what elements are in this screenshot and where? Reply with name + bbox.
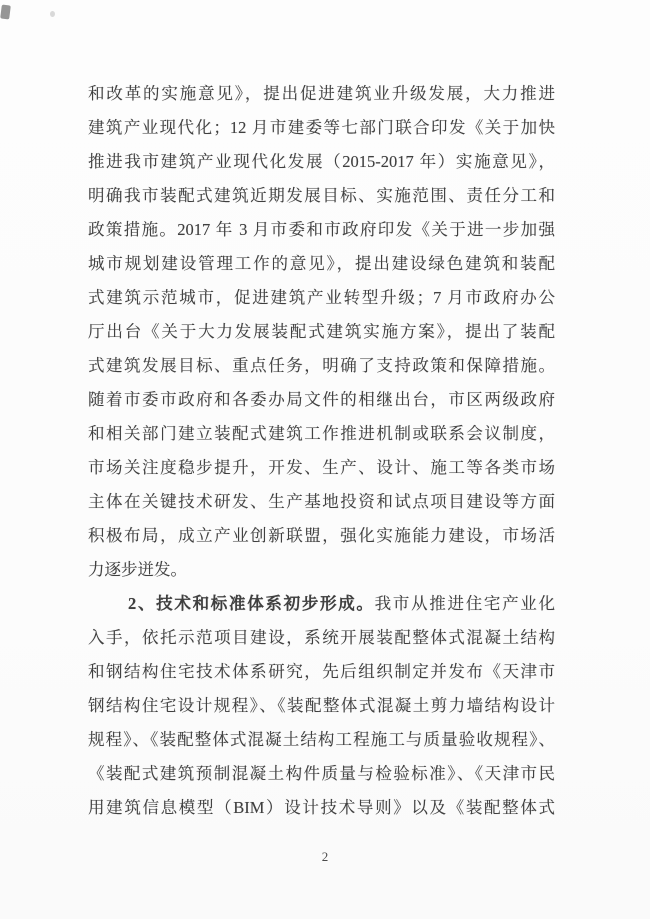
body-text-run: 《装配式建筑预制混凝土构件质量与检验标准》、《天津市民 (88, 764, 555, 783)
body-text-run: 和钢结构住宅技术体系研究，先后组织制定并发布《天津市 (88, 662, 555, 681)
text-line: 随着市委市政府和各委办局文件的相继出台，市区两级政府 (88, 383, 555, 417)
scan-artifact (50, 11, 55, 17)
body-text-run: 市场关注度稳步提升，开发、生产、设计、施工等各类市场 (88, 458, 555, 477)
body-text-run: 式建筑发展目标、重点任务，明确了支持政策和保障措施。 (88, 356, 555, 375)
scan-artifact (0, 5, 11, 20)
body-text-run: 厅出台《关于大力发展装配式建筑实施方案》，提出了装配 (88, 322, 555, 341)
text-line: 和相关部门建立装配式建筑工作推进机制或联系会议制度， (88, 417, 555, 451)
body-text-run: 主体在关键技术研发、生产基地投资和试点项目建设等方面 (88, 492, 555, 511)
text-line: 推进我市建筑产业现代化发展（2015-2017 年）实施意见》， (88, 145, 555, 179)
text-line: 政策措施。2017 年 3 月市委和市政府印发《关于进一步加强 (88, 213, 555, 247)
body-text-run: 式建筑示范城市，促进建筑产业转型升级；7 月市政府办公 (88, 288, 555, 307)
body-text-run: 推进我市建筑产业现代化发展（2015-2017 年）实施意见》， (88, 152, 555, 171)
body-text-run: 入手，依托示范项目建设，系统开展装配整体式混凝土结构 (88, 628, 555, 647)
body-text-run: 城市规划建设管理工作的意见》，提出建设绿色建筑和装配 (88, 254, 555, 273)
text-line: 明确我市装配式建筑近期发展目标、实施范围、责任分工和 (88, 179, 555, 213)
text-line: 和钢结构住宅技术体系研究，先后组织制定并发布《天津市 (88, 655, 555, 689)
page-number: 2 (0, 850, 650, 864)
text-line: 式建筑发展目标、重点任务，明确了支持政策和保障措施。 (88, 349, 555, 383)
text-line: 建筑产业现代化；12 月市建委等七部门联合印发《关于加快 (88, 111, 555, 145)
body-text-run: 政策措施。2017 年 3 月市委和市政府印发《关于进一步加强 (88, 220, 555, 239)
text-line: 积极布局，成立产业创新联盟，强化实施能力建设，市场活 (88, 519, 555, 553)
text-line: 力逐步迸发。 (88, 553, 555, 587)
body-text-run: 钢结构住宅设计规程》、《装配整体式混凝土剪力墙结构设计 (88, 696, 555, 715)
text-line: 城市规划建设管理工作的意见》，提出建设绿色建筑和装配 (88, 247, 555, 281)
body-text-run: 和改革的实施意见》，提出促进建筑业升级发展，大力推进 (88, 84, 555, 103)
bold-heading-run: 2、技术和标准体系初步形成。 (128, 594, 375, 613)
text-line: 和改革的实施意见》，提出促进建筑业升级发展，大力推进 (88, 77, 555, 111)
text-line: 用建筑信息模型（BIM）设计技术导则》以及《装配整体式 (88, 791, 555, 825)
text-line: 市场关注度稳步提升，开发、生产、设计、施工等各类市场 (88, 451, 555, 485)
body-text-run: 规程》、《装配整体式混凝土结构工程施工与质量验收规程》、 (88, 730, 555, 749)
text-line: 式建筑示范城市，促进建筑产业转型升级；7 月市政府办公 (88, 281, 555, 315)
text-line: 2、技术和标准体系初步形成。我市从推进住宅产业化 (88, 587, 555, 621)
body-text-run: 建筑产业现代化；12 月市建委等七部门联合印发《关于加快 (88, 118, 555, 137)
body-text-run: 积极布局，成立产业创新联盟，强化实施能力建设，市场活 (88, 526, 555, 545)
body-text-run: 力逐步迸发。 (88, 560, 187, 579)
text-line: 入手，依托示范项目建设，系统开展装配整体式混凝土结构 (88, 621, 555, 655)
body-text-run: 和相关部门建立装配式建筑工作推进机制或联系会议制度， (88, 424, 555, 443)
body-text-run: 随着市委市政府和各委办局文件的相继出台，市区两级政府 (88, 390, 555, 409)
text-line: 钢结构住宅设计规程》、《装配整体式混凝土剪力墙结构设计 (88, 689, 555, 723)
text-line: 《装配式建筑预制混凝土构件质量与检验标准》、《天津市民 (88, 757, 555, 791)
document-page: 和改革的实施意见》，提出促进建筑业升级发展，大力推进建筑产业现代化；12 月市建… (0, 0, 650, 919)
text-line: 规程》、《装配整体式混凝土结构工程施工与质量验收规程》、 (88, 723, 555, 757)
body-text-run: 我市从推进住宅产业化 (375, 594, 555, 613)
text-block: 和改革的实施意见》，提出促进建筑业升级发展，大力推进建筑产业现代化；12 月市建… (88, 77, 555, 825)
text-line: 主体在关键技术研发、生产基地投资和试点项目建设等方面 (88, 485, 555, 519)
body-text-run: 明确我市装配式建筑近期发展目标、实施范围、责任分工和 (88, 186, 555, 205)
text-line: 厅出台《关于大力发展装配式建筑实施方案》，提出了装配 (88, 315, 555, 349)
body-text-run: 用建筑信息模型（BIM）设计技术导则》以及《装配整体式 (88, 798, 555, 817)
